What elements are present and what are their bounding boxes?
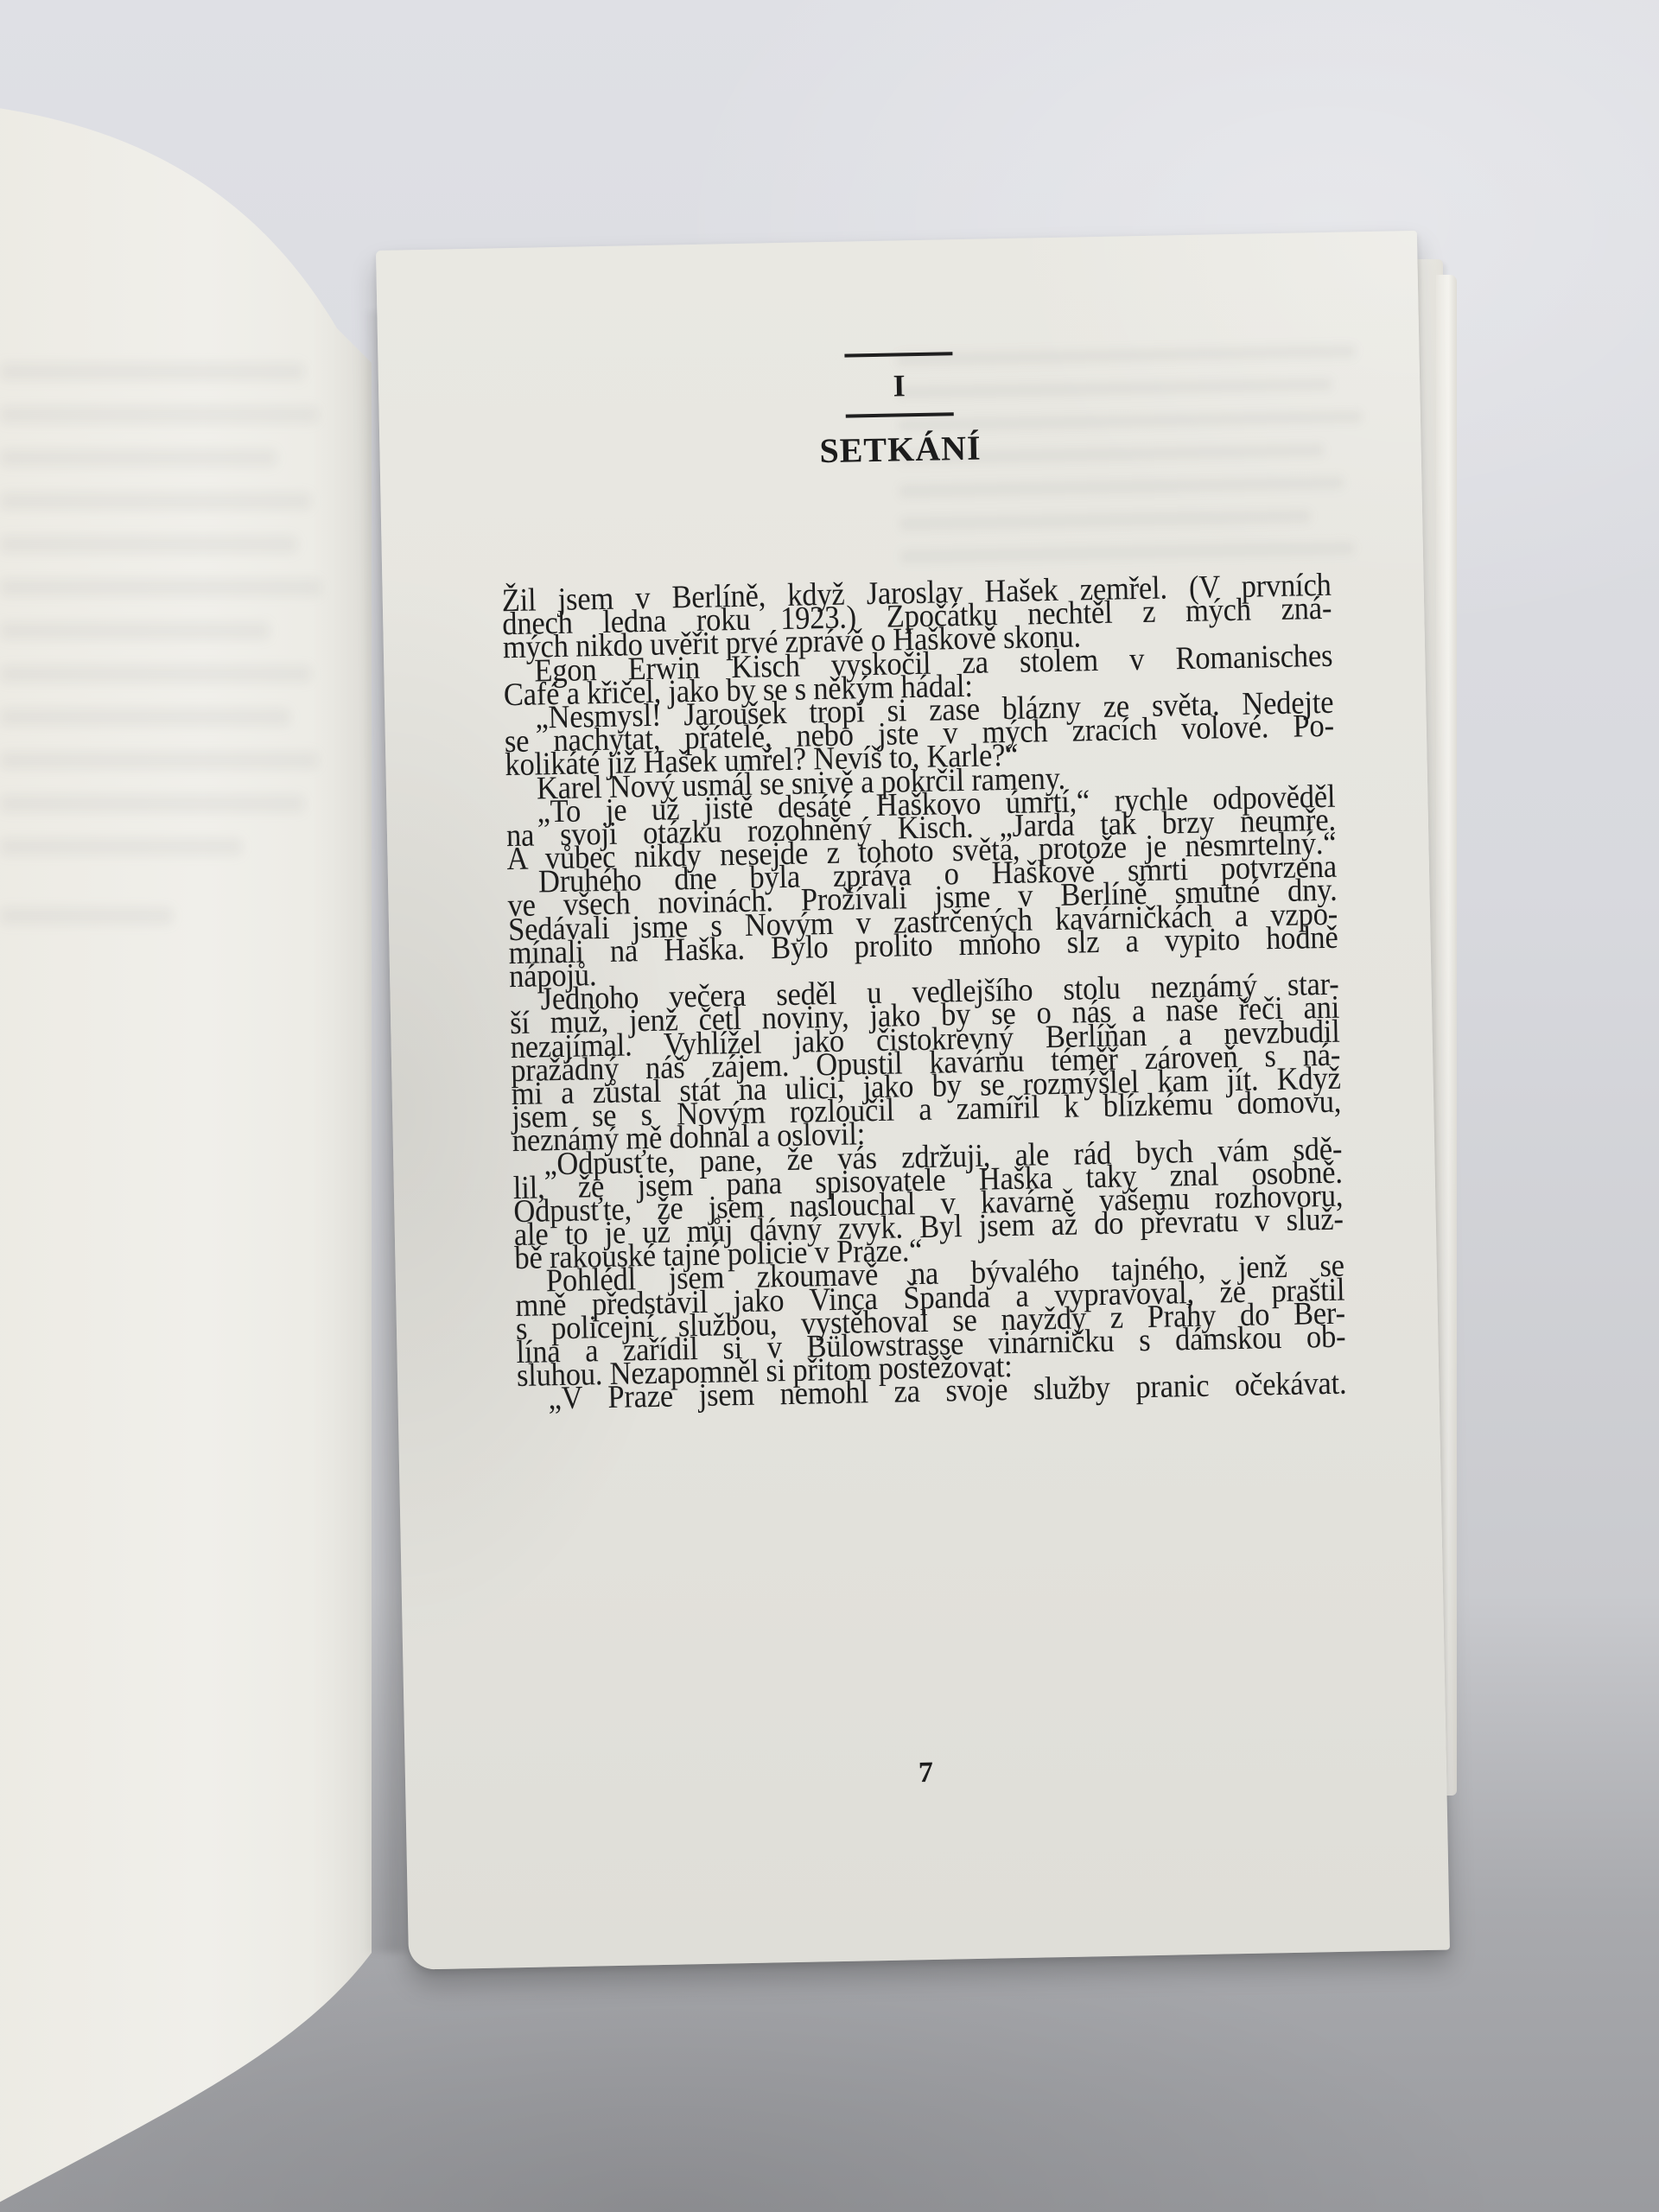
page-number: 7 xyxy=(405,1747,1447,1800)
left-page xyxy=(0,104,397,2212)
chapter-number: I xyxy=(378,346,1421,423)
right-page: I SETKÁNÍ Žil jsem v Berlíně, když Jaros… xyxy=(376,231,1450,1970)
body-text: Žil jsem v Berlíně, když Jaroslav Hašek … xyxy=(502,574,1347,1412)
chapter-heading: I SETKÁNÍ xyxy=(378,343,1421,480)
left-page-blurred-text xyxy=(0,363,346,950)
